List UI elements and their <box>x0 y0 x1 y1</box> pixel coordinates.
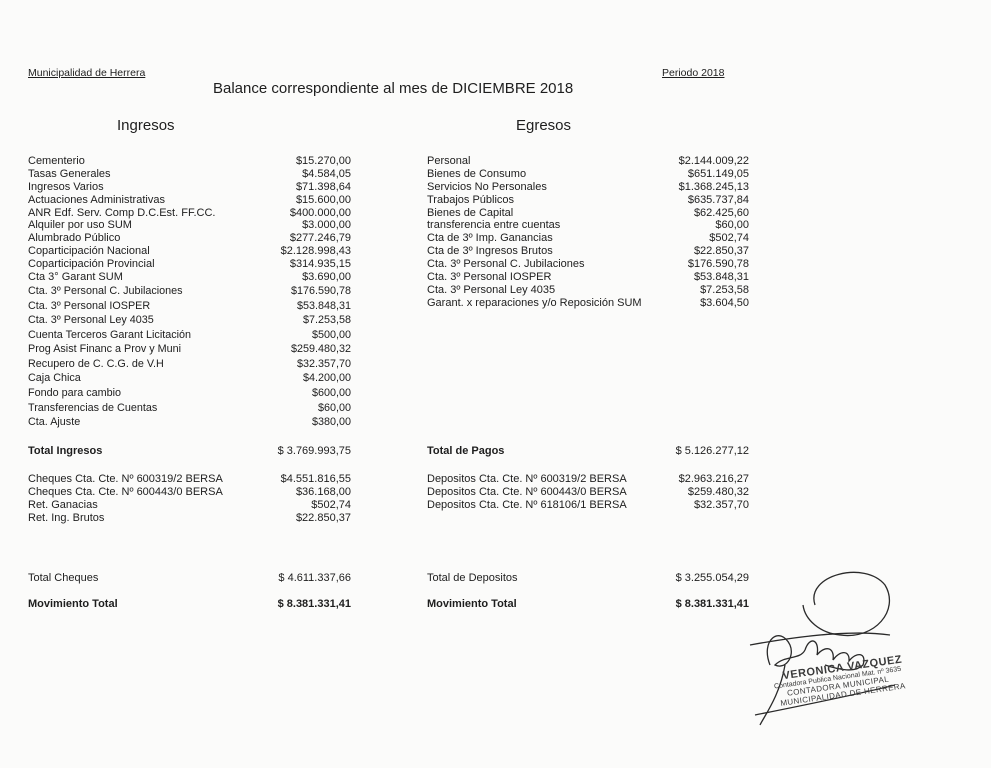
total-depositos-label: Total de Depositos <box>427 571 518 585</box>
ingreso-row: ANR Edf. Serv. Comp D.C.Est. FF.CC.$400.… <box>28 207 351 220</box>
deposito-row: Depositos Cta. Cte. Nº 600319/2 BERSA$2.… <box>427 473 749 486</box>
cheque-row-label: Cheques Cta. Cte. Nº 600443/0 BERSA <box>28 486 223 499</box>
egreso-row-value: $502,74 <box>709 232 749 245</box>
ingreso-row-value: $400.000,00 <box>290 207 351 220</box>
ingreso-row-value: $259.480,32 <box>291 342 351 357</box>
ingreso-row-value: $7.253,58 <box>303 313 351 328</box>
egreso-row: Cta de 3º Ingresos Brutos$22.850,37 <box>427 245 749 258</box>
ingreso-row: Cta. 3º Personal C. Jubilaciones$176.590… <box>28 284 351 299</box>
movimiento-total-label: Movimiento Total <box>427 597 517 611</box>
ingreso-row-value: $314.935,15 <box>290 258 351 271</box>
ingreso-row: Cta 3° Garant SUM$3.690,00 <box>28 271 351 284</box>
ingreso-row: Fondo para cambio$600,00 <box>28 386 351 401</box>
egreso-row-value: $3.604,50 <box>700 297 749 310</box>
ingreso-row: Alumbrado Público$277.246,79 <box>28 232 351 245</box>
ingreso-row-label: Cta. Ajuste <box>28 415 80 430</box>
organization-name: Municipalidad de Herrera <box>28 67 145 79</box>
egreso-row-label: Bienes de Consumo <box>427 168 526 181</box>
egreso-row-label: Servicios No Personales <box>427 181 547 194</box>
ingreso-row-label: Alquiler por uso SUM <box>28 219 132 232</box>
total-ingresos-row: Total Ingresos $ 3.769.993,75 <box>28 444 351 458</box>
depositos-list: Depositos Cta. Cte. Nº 600319/2 BERSA$2.… <box>427 473 749 512</box>
deposito-row: Depositos Cta. Cte. Nº 618106/1 BERSA$32… <box>427 499 749 512</box>
egreso-row: Servicios No Personales$1.368.245,13 <box>427 181 749 194</box>
deposito-row: Depositos Cta. Cte. Nº 600443/0 BERSA$25… <box>427 486 749 499</box>
egreso-row-value: $22.850,37 <box>694 245 749 258</box>
ingreso-row-label: Cta. 3º Personal Ley 4035 <box>28 313 154 328</box>
cheque-row-value: $502,74 <box>311 499 351 512</box>
total-ingresos-value: $ 3.769.993,75 <box>278 444 351 458</box>
ingreso-row-label: Cementerio <box>28 155 85 168</box>
egreso-row-label: Bienes de Capital <box>427 207 513 220</box>
total-cheques-row: Total Cheques $ 4.611.337,66 <box>28 571 351 585</box>
ingreso-row-label: Cta. 3º Personal C. Jubilaciones <box>28 284 183 299</box>
egresos-list: Personal$2.144.009,22Bienes de Consumo$6… <box>427 155 749 310</box>
cheque-row: Cheques Cta. Cte. Nº 600443/0 BERSA$36.1… <box>28 486 351 499</box>
movimiento-total-value: $ 8.381.331,41 <box>676 597 749 611</box>
ingreso-row-label: Recupero de C. C.G. de V.H <box>28 357 164 372</box>
ingreso-row: Cta. Ajuste$380,00 <box>28 415 351 430</box>
total-pagos-label: Total de Pagos <box>427 444 504 458</box>
ingreso-row-label: Cta 3° Garant SUM <box>28 271 123 284</box>
total-pagos-row: Total de Pagos $ 5.126.277,12 <box>427 444 749 458</box>
ingreso-row-label: Alumbrado Público <box>28 232 120 245</box>
deposito-row-value: $259.480,32 <box>688 486 749 499</box>
cheque-row: Ret. Ganacias$502,74 <box>28 499 351 512</box>
egreso-row-label: Cta de 3º Ingresos Brutos <box>427 245 553 258</box>
egreso-row: transferencia entre cuentas$60,00 <box>427 219 749 232</box>
ingreso-row: Ingresos Varios$71.398,64 <box>28 181 351 194</box>
egreso-row-label: transferencia entre cuentas <box>427 219 560 232</box>
period-label: Periodo 2018 <box>662 67 724 79</box>
deposito-row-label: Depositos Cta. Cte. Nº 618106/1 BERSA <box>427 499 627 512</box>
egreso-row: Garant. x reparaciones y/o Reposición SU… <box>427 297 749 310</box>
egresos-heading: Egresos <box>516 117 571 134</box>
ingreso-row-value: $32.357,70 <box>297 357 351 372</box>
ingreso-row-value: $4.200,00 <box>303 371 351 386</box>
movimiento-total-egresos-row: Movimiento Total $ 8.381.331,41 <box>427 597 749 611</box>
document-title: Balance correspondiente al mes de DICIEM… <box>213 80 573 97</box>
egreso-row-value: $176.590,78 <box>688 258 749 271</box>
cheque-row: Cheques Cta. Cte. Nº 600319/2 BERSA$4.55… <box>28 473 351 486</box>
ingreso-row-value: $60,00 <box>318 401 351 416</box>
egreso-row: Cta. 3º Personal Ley 4035$7.253,58 <box>427 284 749 297</box>
egreso-row-value: $1.368.245,13 <box>679 181 749 194</box>
ingreso-row: Prog Asist Financ a Prov y Muni$259.480,… <box>28 342 351 357</box>
egreso-row: Bienes de Capital$62.425,60 <box>427 207 749 220</box>
cheques-list: Cheques Cta. Cte. Nº 600319/2 BERSA$4.55… <box>28 473 351 525</box>
deposito-row-label: Depositos Cta. Cte. Nº 600319/2 BERSA <box>427 473 627 486</box>
total-depositos-value: $ 3.255.054,29 <box>676 571 749 585</box>
total-pagos-value: $ 5.126.277,12 <box>676 444 749 458</box>
ingreso-row-value: $176.590,78 <box>291 284 351 299</box>
ingreso-row-label: Tasas Generales <box>28 168 111 181</box>
ingreso-row-value: $3.000,00 <box>302 219 351 232</box>
egreso-row-value: $60,00 <box>715 219 749 232</box>
egreso-row: Personal$2.144.009,22 <box>427 155 749 168</box>
cheque-row: Ret. Ing. Brutos$22.850,37 <box>28 512 351 525</box>
ingreso-row: Cuenta Terceros Garant Licitación$500,00 <box>28 328 351 343</box>
ingreso-row-label: Coparticipación Nacional <box>28 245 150 258</box>
total-cheques-label: Total Cheques <box>28 571 98 585</box>
total-depositos-row: Total de Depositos $ 3.255.054,29 <box>427 571 749 585</box>
ingreso-row-value: $600,00 <box>312 386 351 401</box>
ingreso-row: Caja Chica$4.200,00 <box>28 371 351 386</box>
egreso-row-value: $635.737,84 <box>688 194 749 207</box>
ingreso-row: Tasas Generales$4.584,05 <box>28 168 351 181</box>
ingreso-row: Cta. 3º Personal Ley 4035$7.253,58 <box>28 313 351 328</box>
ingresos-list: Cementerio$15.270,00Tasas Generales$4.58… <box>28 155 351 430</box>
ingreso-row-value: $3.690,00 <box>302 271 351 284</box>
deposito-row-label: Depositos Cta. Cte. Nº 600443/0 BERSA <box>427 486 627 499</box>
egreso-row-label: Cta. 3º Personal IOSPER <box>427 271 551 284</box>
ingreso-row: Alquiler por uso SUM$3.000,00 <box>28 219 351 232</box>
egreso-row-label: Personal <box>427 155 470 168</box>
egreso-row: Cta. 3º Personal IOSPER$53.848,31 <box>427 271 749 284</box>
ingreso-row-value: $53.848,31 <box>297 299 351 314</box>
egreso-row-value: $62.425,60 <box>694 207 749 220</box>
ingreso-row-value: $277.246,79 <box>290 232 351 245</box>
cheque-row-value: $36.168,00 <box>296 486 351 499</box>
ingreso-row: Recupero de C. C.G. de V.H$32.357,70 <box>28 357 351 372</box>
cheque-row-value: $4.551.816,55 <box>281 473 351 486</box>
ingreso-row: Transferencias de Cuentas$60,00 <box>28 401 351 416</box>
ingreso-row-value: $15.270,00 <box>296 155 351 168</box>
ingreso-row-value: $380,00 <box>312 415 351 430</box>
signature-icon <box>745 565 895 735</box>
movimiento-total-value: $ 8.381.331,41 <box>278 597 351 611</box>
ingreso-row-label: Cuenta Terceros Garant Licitación <box>28 328 191 343</box>
ingreso-row: Coparticipación Provincial$314.935,15 <box>28 258 351 271</box>
total-ingresos-label: Total Ingresos <box>28 444 102 458</box>
egreso-row-label: Trabajos Públicos <box>427 194 514 207</box>
egreso-row-value: $7.253,58 <box>700 284 749 297</box>
cheque-row-label: Ret. Ganacias <box>28 499 98 512</box>
egreso-row-label: Cta. 3º Personal Ley 4035 <box>427 284 555 297</box>
egreso-row-value: $2.144.009,22 <box>679 155 749 168</box>
ingreso-row-label: Transferencias de Cuentas <box>28 401 157 416</box>
ingreso-row-value: $15.600,00 <box>296 194 351 207</box>
ingreso-row-value: $4.584,05 <box>302 168 351 181</box>
cheque-row-value: $22.850,37 <box>296 512 351 525</box>
ingreso-row-label: Caja Chica <box>28 371 81 386</box>
ingreso-row: Cta. 3º Personal IOSPER$53.848,31 <box>28 299 351 314</box>
ingreso-row: Actuaciones Administrativas$15.600,00 <box>28 194 351 207</box>
ingreso-row: Cementerio$15.270,00 <box>28 155 351 168</box>
ingreso-row-label: Prog Asist Financ a Prov y Muni <box>28 342 181 357</box>
egreso-row: Bienes de Consumo$651.149,05 <box>427 168 749 181</box>
ingreso-row-label: ANR Edf. Serv. Comp D.C.Est. FF.CC. <box>28 207 215 220</box>
deposito-row-value: $32.357,70 <box>694 499 749 512</box>
egreso-row: Cta. 3º Personal C. Jubilaciones$176.590… <box>427 258 749 271</box>
ingreso-row-value: $71.398,64 <box>296 181 351 194</box>
egreso-row-value: $651.149,05 <box>688 168 749 181</box>
ingreso-row: Coparticipación Nacional$2.128.998,43 <box>28 245 351 258</box>
egreso-row: Cta de 3º Imp. Ganancias$502,74 <box>427 232 749 245</box>
cheque-row-label: Cheques Cta. Cte. Nº 600319/2 BERSA <box>28 473 223 486</box>
ingreso-row-value: $2.128.998,43 <box>281 245 351 258</box>
ingreso-row-label: Cta. 3º Personal IOSPER <box>28 299 150 314</box>
ingresos-heading: Ingresos <box>117 117 175 134</box>
cheque-row-label: Ret. Ing. Brutos <box>28 512 104 525</box>
egreso-row-label: Garant. x reparaciones y/o Reposición SU… <box>427 297 642 310</box>
egreso-row-label: Cta. 3º Personal C. Jubilaciones <box>427 258 585 271</box>
egreso-row: Trabajos Públicos$635.737,84 <box>427 194 749 207</box>
total-cheques-value: $ 4.611.337,66 <box>278 571 351 585</box>
ingreso-row-value: $500,00 <box>312 328 351 343</box>
ingreso-row-label: Ingresos Varios <box>28 181 104 194</box>
deposito-row-value: $2.963.216,27 <box>679 473 749 486</box>
movimiento-total-ingresos-row: Movimiento Total $ 8.381.331,41 <box>28 597 351 611</box>
ingreso-row-label: Fondo para cambio <box>28 386 121 401</box>
egreso-row-label: Cta de 3º Imp. Ganancias <box>427 232 553 245</box>
egreso-row-value: $53.848,31 <box>694 271 749 284</box>
movimiento-total-label: Movimiento Total <box>28 597 118 611</box>
ingreso-row-label: Actuaciones Administrativas <box>28 194 165 207</box>
ingreso-row-label: Coparticipación Provincial <box>28 258 155 271</box>
